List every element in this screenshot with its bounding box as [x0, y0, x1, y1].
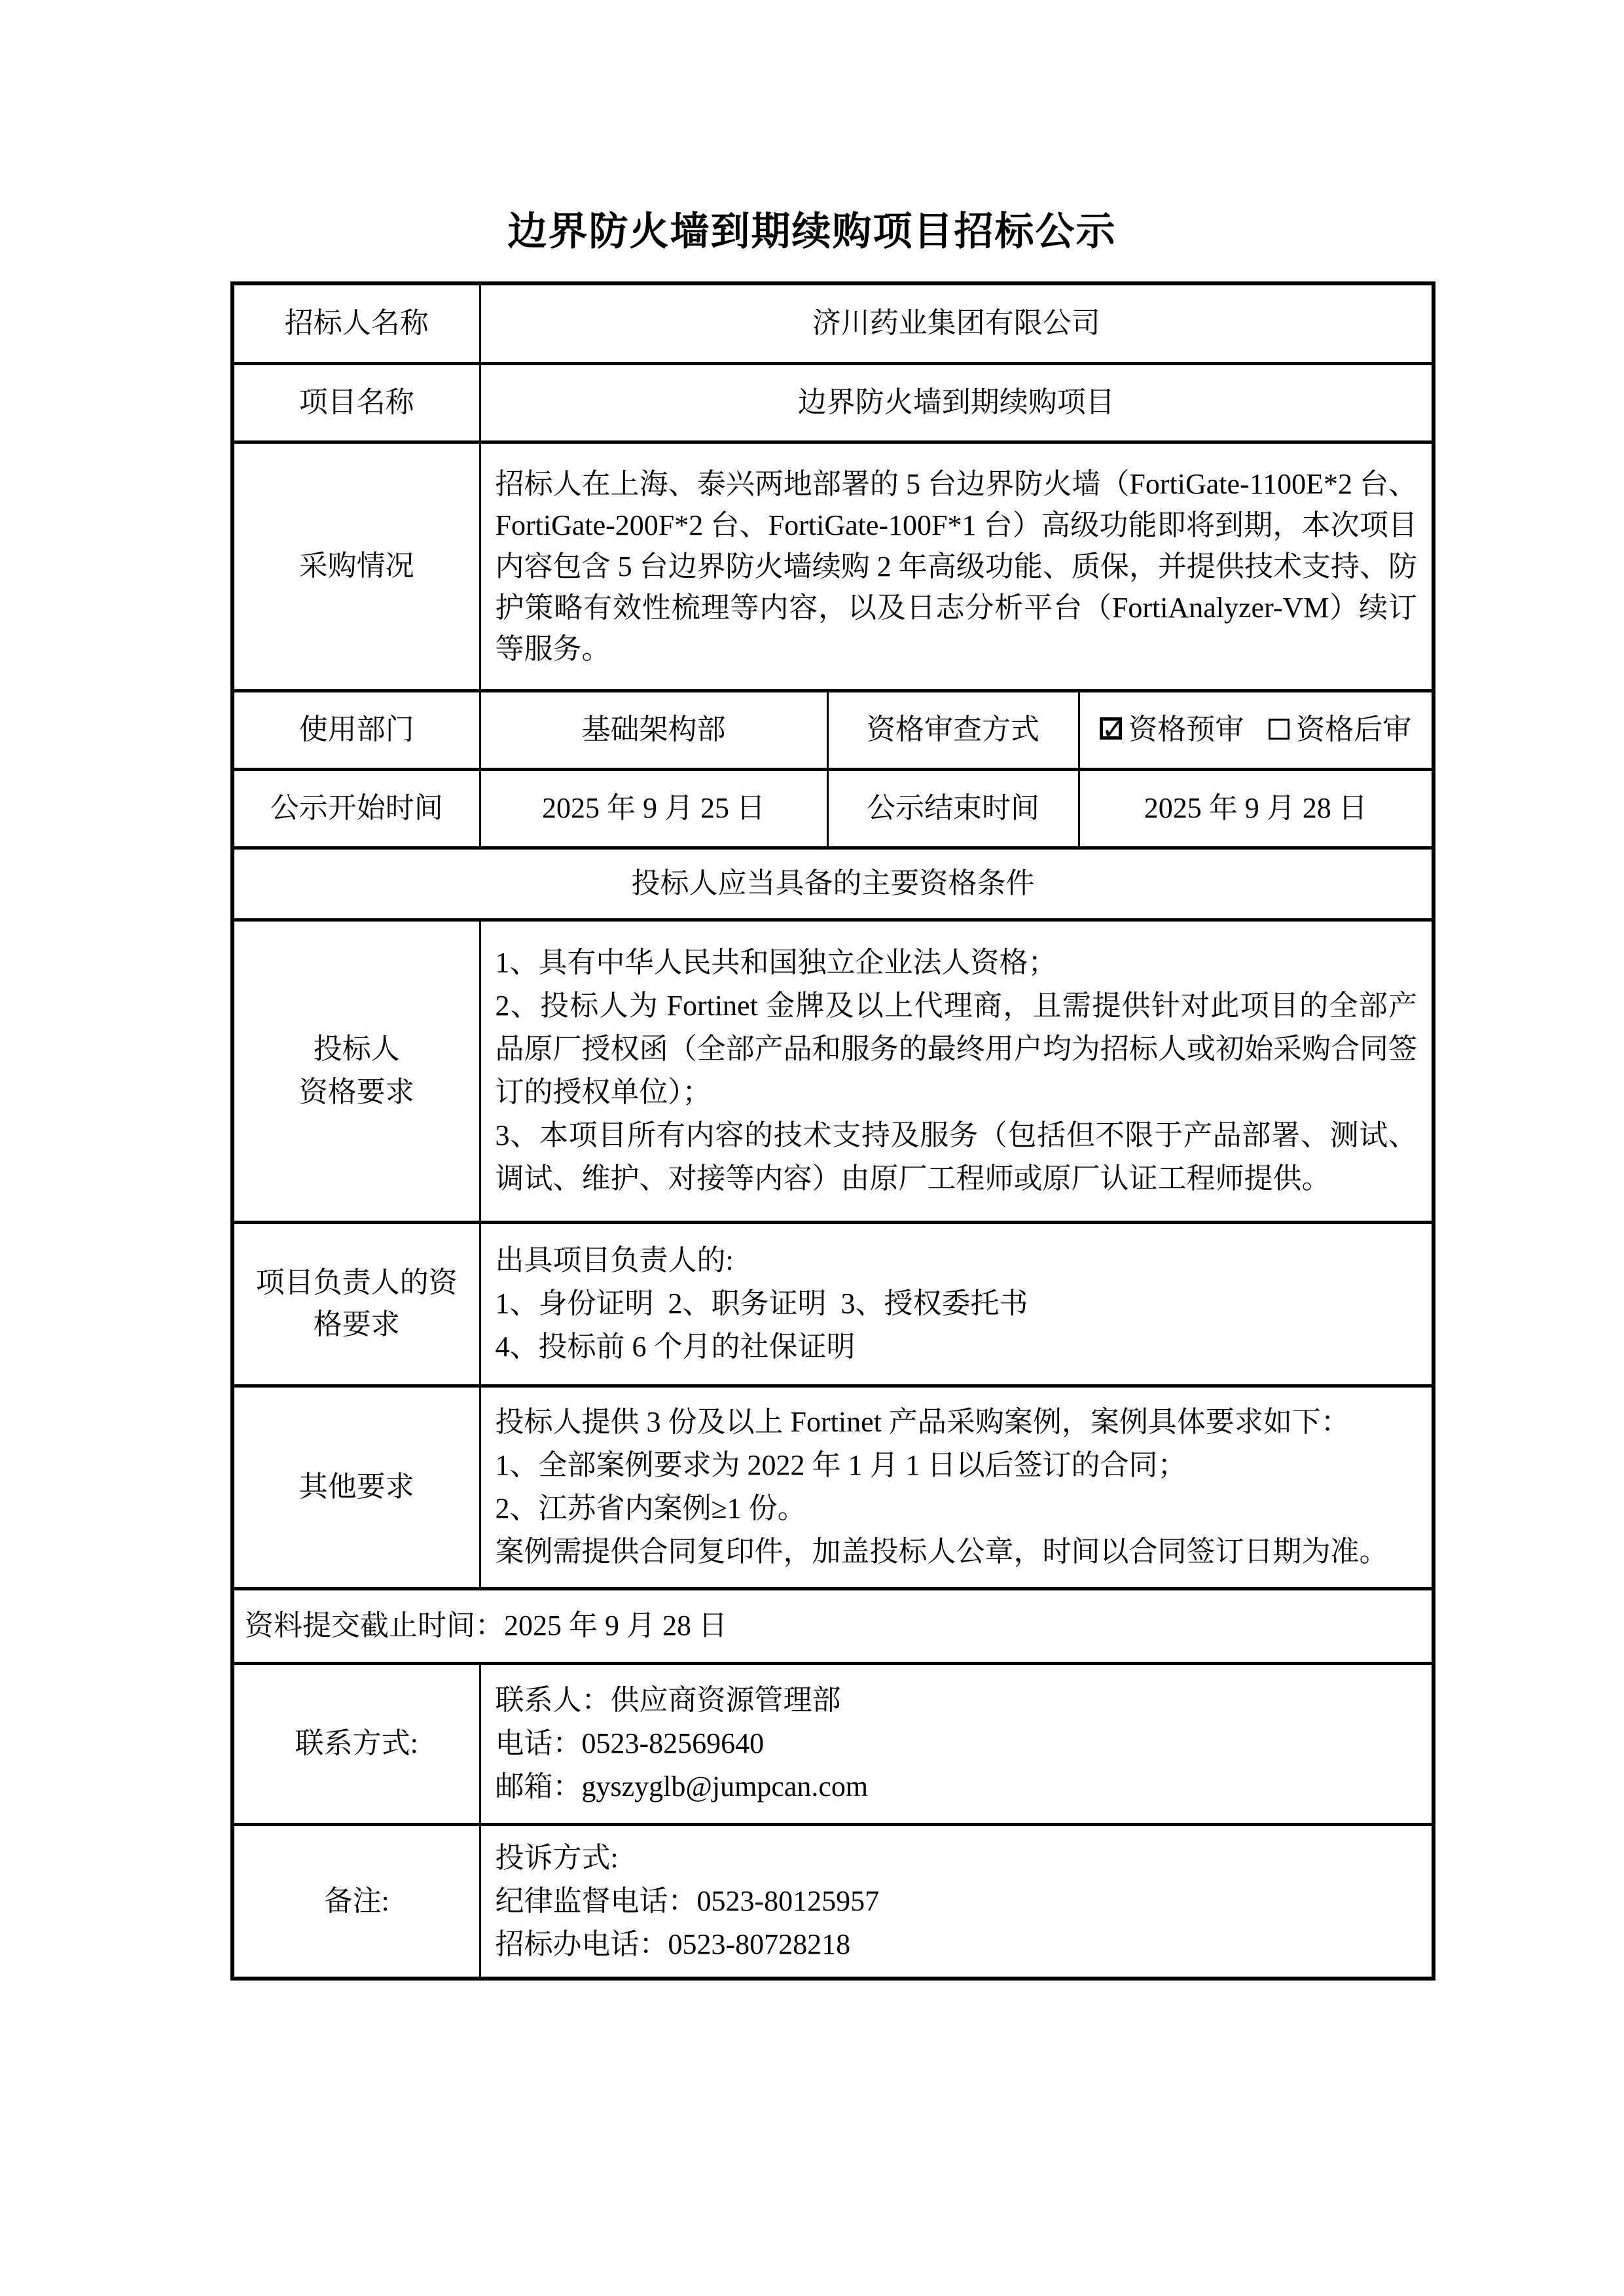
contact-value: 联系人：供应商资源管理部 电话：0523-82569640 邮箱：gyszygl… [480, 1663, 1434, 1824]
dept-review-row: 使用部门 基础架构部 资格审查方式 资格预审资格后审 [232, 691, 1434, 769]
deadline-row: 资料提交截止时间：2025 年 9 月 28 日 [232, 1588, 1434, 1663]
pub-start-value: 2025 年 9 月 25 日 [480, 769, 827, 848]
post-review-label: 资格后审 [1296, 713, 1411, 745]
bidder-qualification-row: 投标人 资格要求 1、具有中华人民共和国独立企业法人资格； 2、投标人为 For… [232, 920, 1434, 1222]
unchecked-checkbox-icon [1269, 719, 1290, 740]
bidder-qualification-label-text: 投标人 资格要求 [299, 1033, 414, 1108]
bidder-name-label: 招标人名称 [232, 283, 480, 363]
bidder-qualification-label: 投标人 资格要求 [232, 920, 480, 1222]
pub-end-value: 2025 年 9 月 28 日 [1079, 769, 1434, 848]
post-review-option: 资格后审 [1269, 713, 1411, 745]
bidder-qualification-value: 1、具有中华人民共和国独立企业法人资格； 2、投标人为 Fortinet 金牌及… [480, 920, 1434, 1222]
deadline-text: 资料提交截止时间：2025 年 9 月 28 日 [232, 1588, 1434, 1663]
page-title: 边界防火墙到期续购项目招标公示 [0, 207, 1624, 257]
pub-start-label: 公示开始时间 [232, 769, 480, 848]
qualification-section-header: 投标人应当具备的主要资格条件 [232, 848, 1434, 920]
bid-notice-table: 招标人名称 济川药业集团有限公司 项目名称 边界防火墙到期续购项目 采购情况 招… [230, 281, 1435, 1981]
project-name-label: 项目名称 [232, 363, 480, 442]
project-name-row: 项目名称 边界防火墙到期续购项目 [232, 363, 1434, 442]
bidder-name-row: 招标人名称 济川药业集团有限公司 [232, 283, 1434, 363]
checked-checkbox-icon [1100, 717, 1122, 740]
other-requirements-value: 投标人提供 3 份及以上 Fortinet 产品采购案例，案例具体要求如下： 1… [480, 1386, 1434, 1588]
leader-qualification-row: 项目负责人的资格要求 出具项目负责人的: 1、身份证明 2、职务证明 3、授权委… [232, 1222, 1434, 1386]
other-requirements-row: 其他要求 投标人提供 3 份及以上 Fortinet 产品采购案例，案例具体要求… [232, 1386, 1434, 1588]
leader-qualification-label: 项目负责人的资格要求 [232, 1222, 480, 1386]
pub-end-label: 公示结束时间 [827, 769, 1079, 848]
dept-value: 基础架构部 [480, 691, 827, 769]
leader-qualification-value: 出具项目负责人的: 1、身份证明 2、职务证明 3、授权委托书 4、投标前 6 … [480, 1222, 1434, 1386]
pre-review-label: 资格预审 [1128, 713, 1244, 745]
remarks-row: 备注: 投诉方式: 纪律监督电话：0523-80125957 招标办电话：052… [232, 1824, 1434, 1979]
publicity-dates-row: 公示开始时间 2025 年 9 月 25 日 公示结束时间 2025 年 9 月… [232, 769, 1434, 848]
contact-label: 联系方式: [232, 1663, 480, 1824]
qualification-section-row: 投标人应当具备的主要资格条件 [232, 848, 1434, 920]
bidder-name-value: 济川药业集团有限公司 [480, 283, 1434, 363]
contact-row: 联系方式: 联系人：供应商资源管理部 电话：0523-82569640 邮箱：g… [232, 1663, 1434, 1824]
review-method-label: 资格审查方式 [827, 691, 1079, 769]
procurement-value: 招标人在上海、泰兴两地部署的 5 台边界防火墙（FortiGate-1100E*… [480, 442, 1434, 691]
dept-label: 使用部门 [232, 691, 480, 769]
remarks-value: 投诉方式: 纪律监督电话：0523-80125957 招标办电话：0523-80… [480, 1824, 1434, 1979]
procurement-label: 采购情况 [232, 442, 480, 691]
remarks-label: 备注: [232, 1824, 480, 1979]
document-page: 边界防火墙到期续购项目招标公示 招标人名称 济川药业集团有限公司 项目名称 边界… [0, 0, 1624, 2296]
other-requirements-label: 其他要求 [232, 1386, 480, 1588]
procurement-row: 采购情况 招标人在上海、泰兴两地部署的 5 台边界防火墙（FortiGate-1… [232, 442, 1434, 691]
pre-review-option: 资格预审 [1100, 713, 1244, 745]
project-name-value: 边界防火墙到期续购项目 [480, 363, 1434, 442]
review-method-cell: 资格预审资格后审 [1079, 691, 1434, 769]
